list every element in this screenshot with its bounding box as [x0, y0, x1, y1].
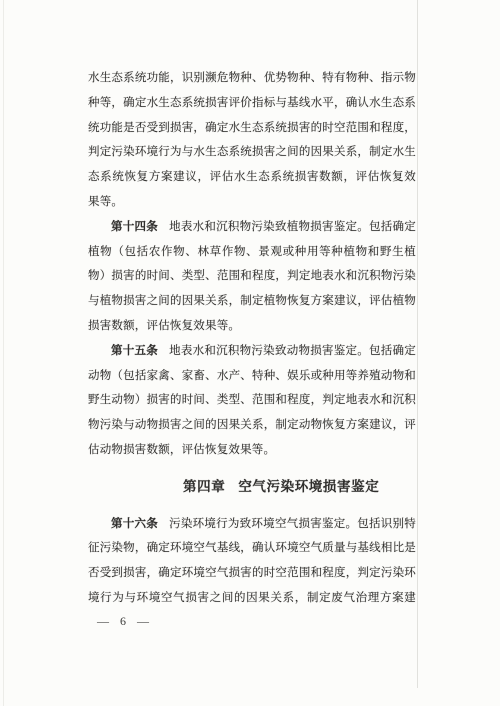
chapter-number: 第四章 — [183, 479, 225, 494]
text-line: 态系统恢复方案建议，评估水生态系统损害数额，评估恢复效 — [88, 165, 416, 190]
text-line: 与植物损害之间的因果关系，制定植物恢复方案建议，评估植物 — [88, 289, 416, 314]
text-line: 物污染与动物损害之间的因果关系，制定动物恢复方案建议，评 — [88, 413, 416, 438]
scan-right-edge-line — [417, 0, 418, 688]
article-14-number: 第十四条 — [111, 221, 158, 233]
text-line: 第十五条地表水和沉积物污染致动物损害鉴定。包括确定 — [88, 339, 416, 364]
chapter-heading: 第四章空气污染环境损害鉴定 — [88, 475, 416, 500]
text-line: 损害数额，评估恢复效果等。 — [88, 314, 416, 339]
text-line: 判定污染环境行为与水生态系统损害之间的因果关系，制定水生 — [88, 140, 416, 165]
article-16-lead: 污染环境行为致环境空气损害鉴定。包括识别特 — [169, 518, 416, 530]
text-line: 第十四条地表水和沉积物污染致植物损害鉴定。包括确定 — [88, 215, 416, 240]
text-line: 境行为与环境空气损害之间的因果关系，制定废气治理方案建 — [88, 586, 416, 611]
text-line: 第十六条污染环境行为致环境空气损害鉴定。包括识别特 — [88, 512, 416, 537]
body-text-column: 水生态系统功能，识别濒危物种、优势物种、特有物种、指示物 种等，确定水生态系统损… — [88, 66, 416, 611]
chapter-title: 空气污染环境损害鉴定 — [238, 479, 379, 494]
page-number: — 6 — — [97, 614, 151, 629]
article-16-number: 第十六条 — [111, 518, 158, 530]
text-line: 植物（包括农作物、林草作物、景观或种用等种植物和野生植 — [88, 240, 416, 265]
text-line: 估动物损害数额，评估恢复效果等。 — [88, 438, 416, 463]
scanned-document-page: 水生态系统功能，识别濒危物种、优势物种、特有物种、指示物 种等，确定水生态系统损… — [0, 0, 500, 706]
text-line: 统功能是否受到损害，确定水生态系统损害的时空范围和程度， — [88, 116, 416, 141]
text-line: 物）损害的时间、类型、范围和程度，判定地表水和沉积物污染 — [88, 264, 416, 289]
text-line: 动物（包括家禽、家畜、水产、特种、娱乐或种用等养殖动物和 — [88, 364, 416, 389]
text-line: 征污染物，确定环境空气基线，确认环境空气质量与基线相比是 — [88, 536, 416, 561]
article-15-number: 第十五条 — [111, 345, 158, 357]
text-line: 否受到损害，确定环境空气损害的时空范围和程度，判定污染环 — [88, 561, 416, 586]
text-line: 野生动物）损害的时间、类型、范围和程度，判定地表水和沉积 — [88, 388, 416, 413]
text-line: 果等。 — [88, 190, 416, 215]
text-line: 种等，确定水生态系统损害评价指标与基线水平，确认水生态系 — [88, 91, 416, 116]
text-line: 水生态系统功能，识别濒危物种、优势物种、特有物种、指示物 — [88, 66, 416, 91]
article-15-lead: 地表水和沉积物污染致动物损害鉴定。包括确定 — [169, 345, 416, 357]
scan-left-edge-line — [3, 0, 4, 706]
article-14-lead: 地表水和沉积物污染致植物损害鉴定。包括确定 — [169, 221, 416, 233]
